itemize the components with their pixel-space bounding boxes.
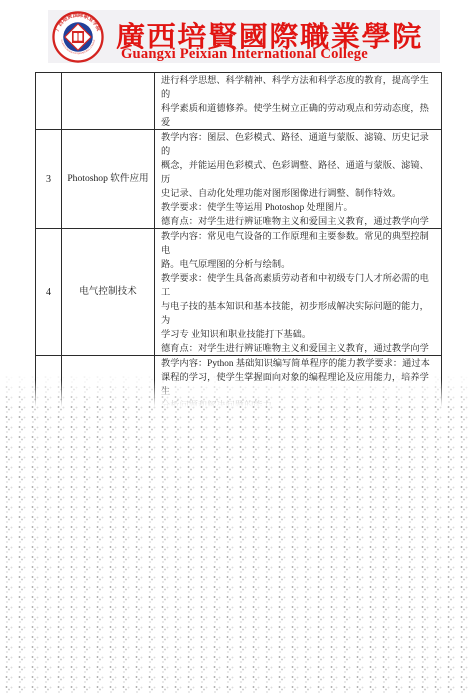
row-number-cell: 3	[36, 130, 62, 228]
table-row-electrical-control: 4 电气控制技术 教学内容：常见电气设备的工作原理和主要参数。常见的典型控制电 …	[36, 229, 441, 356]
course-name-cell	[62, 356, 155, 420]
scanned-document-page: { "colors": { "brand_red": "#e11512", "l…	[0, 0, 469, 694]
course-description-cell: 教学内容：常见电气设备的工作原理和主要参数。常见的典型控制电 路。电气原理图的分…	[155, 229, 441, 355]
course-table: 进行科学思想、科学精神、科学方法和科学态度的教育，提高学生的 科学素质和道德修养…	[35, 72, 442, 420]
college-name-chinese: 廣西培賢國際職業學院	[116, 15, 455, 47]
course-description-cell: 教学内容：图层、色彩模式、路径、通道与蒙版、滤镜、历史记录的 概念，并能运用色彩…	[155, 130, 441, 228]
table-row-python-partial: 教学内容：Python 基础知识编写简单程序的能力教学要求：通过本 课程的学习，…	[36, 356, 441, 420]
row-number-cell: 4	[36, 229, 62, 355]
book-icon	[79, 33, 83, 41]
row-number-cell	[36, 356, 62, 420]
table-row-continuation: 进行科学思想、科学精神、科学方法和科学态度的教育，提高学生的 科学素质和道德修养…	[36, 73, 441, 130]
college-name-english: Guangxi Peixian International College	[121, 46, 443, 63]
book-icon	[74, 33, 78, 41]
table-row-photoshop: 3 Photoshop 软件应用 教学内容：图层、色彩模式、路径、通道与蒙版、滤…	[36, 130, 441, 229]
page-content: 广西培贤国际职业学院 GUANGXI PEIXIAN INTERNATIONAL…	[0, 0, 469, 694]
course-name-cell: 电气控制技术	[62, 229, 155, 355]
course-name-cell: Photoshop 软件应用	[62, 130, 155, 228]
course-description-cell: 教学内容：Python 基础知识编写简单程序的能力教学要求：通过本 课程的学习，…	[155, 356, 441, 420]
course-description-cell: 进行科学思想、科学精神、科学方法和科学态度的教育，提高学生的 科学素质和道德修养…	[155, 73, 441, 129]
row-number-cell	[36, 73, 62, 129]
course-name-cell	[62, 73, 155, 129]
college-seal-logo: 广西培贤国际职业学院 GUANGXI PEIXIAN INTERNATIONAL…	[52, 11, 104, 63]
